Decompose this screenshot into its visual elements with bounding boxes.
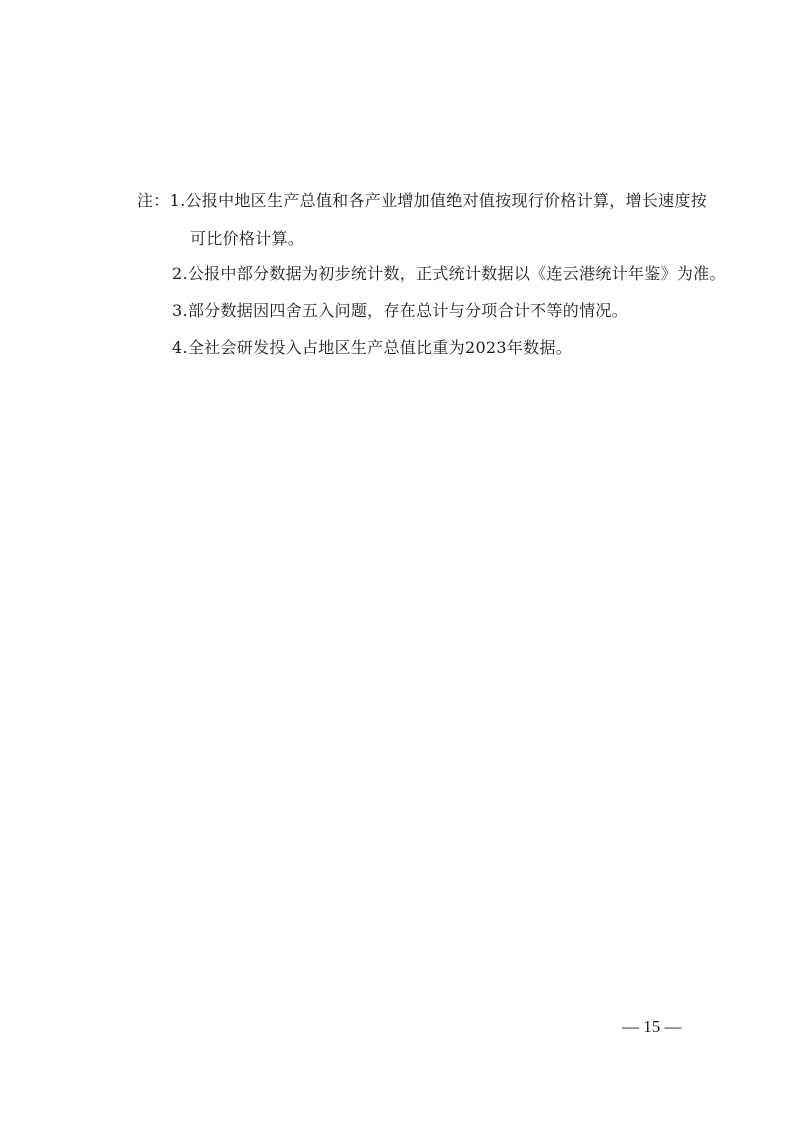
note-3: 3.部分数据因四舍五入问题，存在总计与分项合计不等的情况。 (172, 301, 628, 321)
note-4: 4.全社会研发投入占地区生产总值比重为2023年数据。 (172, 338, 572, 358)
page-number: — 15 — (622, 1016, 682, 1038)
note-1-line-2: 可比价格计算。 (190, 229, 304, 249)
note-2: 2.公报中部分数据为初步统计数，正式统计数据以《连云港统计年鉴》为准。 (172, 264, 726, 284)
notes-prefix: 注： (137, 191, 170, 210)
note-1-line-1: 1.公报中地区生产总值和各产业增加值绝对值按现行价格计算，增长速度按 (170, 191, 707, 210)
note-1: 注：1.公报中地区生产总值和各产业增加值绝对值按现行价格计算，增长速度按 (137, 191, 707, 211)
